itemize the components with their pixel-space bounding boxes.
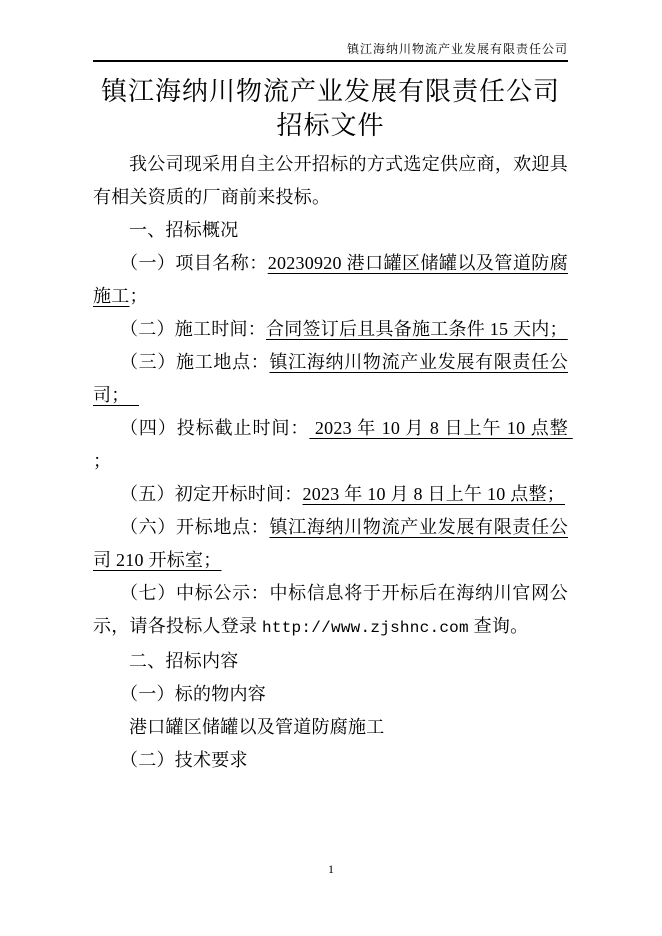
title-line-2: 招标文件 (93, 109, 568, 143)
paragraph: 一、招标概况 (93, 214, 568, 247)
paragraph: （一）标的物内容 (93, 678, 568, 711)
document-page: 镇江海纳川物流产业发展有限责任公司 镇江海纳川物流产业发展有限责任公司 招标文件… (0, 0, 662, 936)
paragraph: （一）项目名称：20230920 港口罐区储罐以及管道防腐施工； (93, 247, 568, 313)
underlined-field-text: 2023 年 10 月 8 日上午 10 点整； (303, 484, 566, 504)
page-number: 1 (328, 862, 334, 876)
header-company-name: 镇江海纳川物流产业发展有限责任公司 (347, 42, 568, 56)
text-run: （五）初定开标时间： (120, 484, 303, 504)
page-footer: 1 (0, 862, 662, 876)
paragraph: （三）施工地点：镇江海纳川物流产业发展有限责任公司； (93, 346, 568, 412)
text-run: 二、招标内容 (129, 651, 239, 671)
text-run: ； (130, 286, 148, 306)
page-header: 镇江海纳川物流产业发展有限责任公司 (93, 0, 568, 62)
paragraph: （六）开标地点：镇江海纳川物流产业发展有限责任公司 210 开标室； (93, 511, 568, 577)
document-body: 我公司现采用自主公开招标的方式选定供应商，欢迎具有相关资质的厂商前来投标。一、招… (93, 148, 568, 777)
text-run: （一）项目名称： (120, 253, 268, 273)
underlined-field-text: 合同签订后且具备施工条件 15 天内； (266, 319, 568, 339)
title-line-1: 镇江海纳川物流产业发展有限责任公司 (93, 75, 568, 109)
text-run: （一）标的物内容 (120, 684, 266, 704)
text-run: 一、招标概况 (129, 220, 239, 240)
paragraph: 我公司现采用自主公开招标的方式选定供应商，欢迎具有相关资质的厂商前来投标。 (93, 148, 568, 214)
paragraph: 二、招标内容 (93, 645, 568, 678)
text-run: （四）投标截止时间： (120, 418, 309, 438)
text-run: （二）技术要求 (120, 750, 248, 770)
text-run: ； (93, 451, 111, 471)
underlined-field-text: 2023 年 10 月 8 日上午 10 点整 (309, 418, 572, 438)
url-text: http://www.zjshnc.com (262, 619, 469, 637)
text-run: （三）施工地点： (120, 352, 269, 372)
text-run: 我公司现采用自主公开招标的方式选定供应商，欢迎具有相关资质的厂商前来投标。 (93, 154, 568, 207)
text-run: （六）开标地点： (120, 517, 269, 537)
paragraph: （二）技术要求 (93, 744, 568, 777)
paragraph: （七）中标公示：中标信息将于开标后在海纳川官网公示，请各投标人登录 http:/… (93, 577, 568, 645)
paragraph: （四）投标截止时间： 2023 年 10 月 8 日上午 10 点整 ； (93, 412, 568, 478)
text-run: 港口罐区储罐以及管道防腐施工 (129, 717, 385, 737)
paragraph: （二）施工时间：合同签订后且具备施工条件 15 天内； (93, 313, 568, 346)
paragraph: （五）初定开标时间：2023 年 10 月 8 日上午 10 点整； (93, 478, 568, 511)
document-title: 镇江海纳川物流产业发展有限责任公司 招标文件 (93, 75, 568, 143)
paragraph: 港口罐区储罐以及管道防腐施工 (93, 711, 568, 744)
document-content: 镇江海纳川物流产业发展有限责任公司 招标文件 我公司现采用自主公开招标的方式选定… (93, 75, 568, 777)
text-run: 查询。 (469, 616, 529, 636)
text-run: （二）施工时间： (120, 319, 266, 339)
